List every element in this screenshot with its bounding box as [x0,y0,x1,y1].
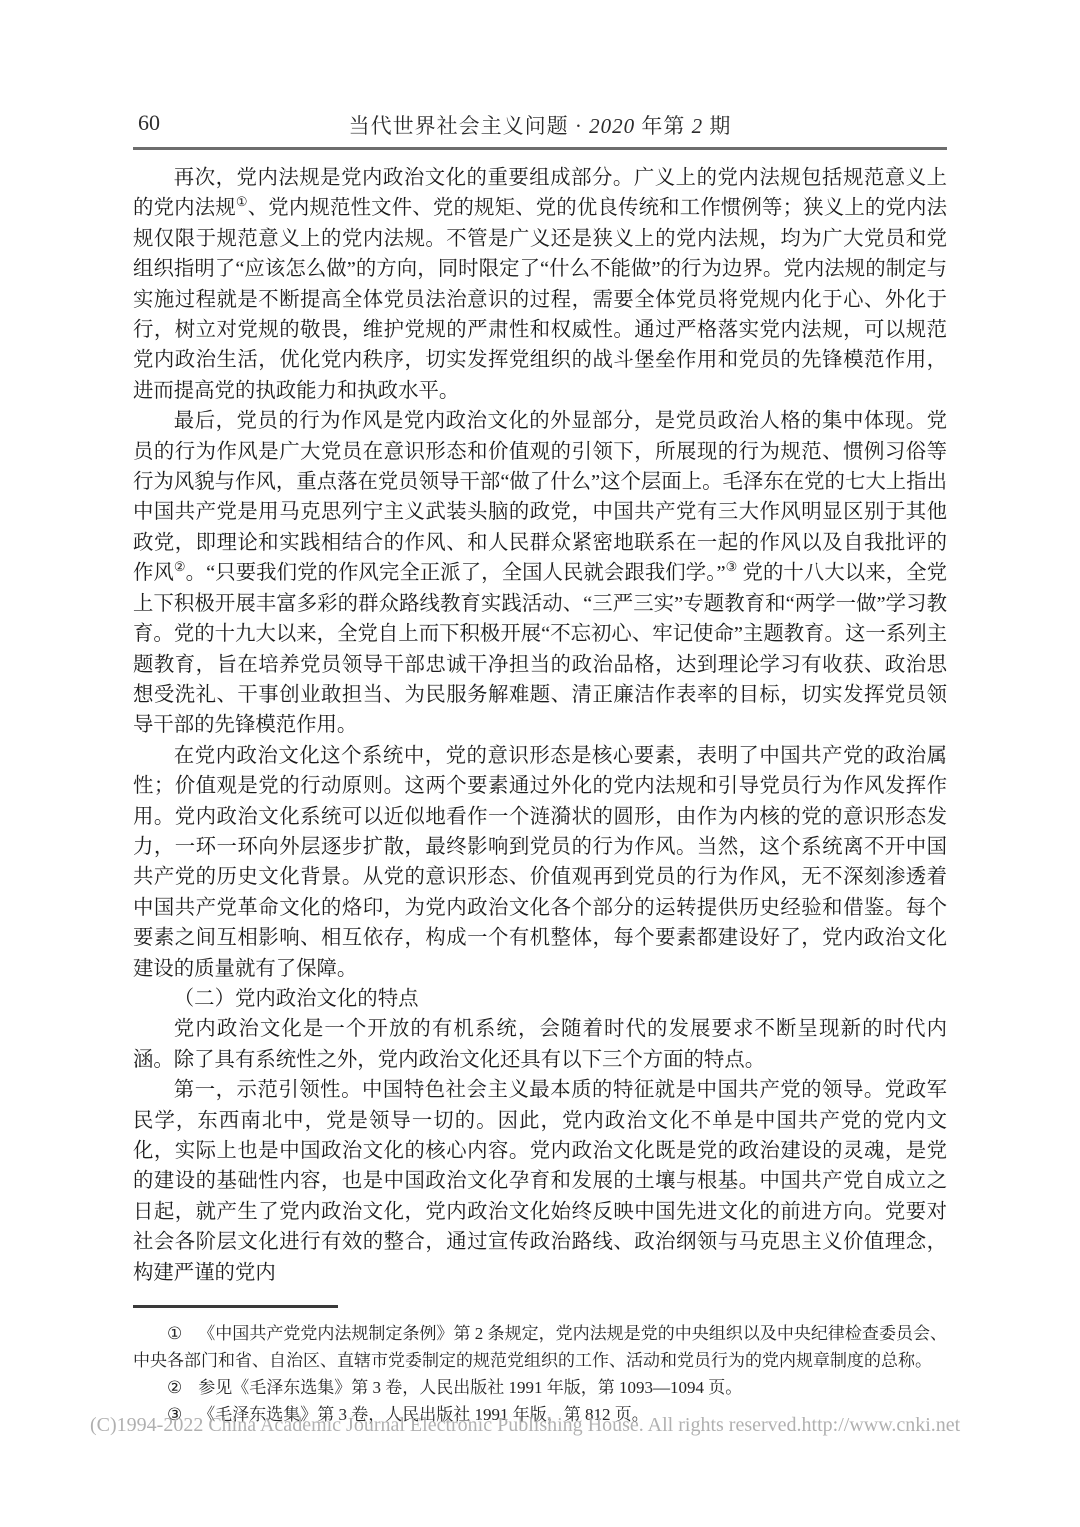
section-heading: （二）党内政治文化的特点 [133,984,947,1014]
footnote-2-text: 参见《毛泽东选集》第 3 卷，人民出版社 1991 年版，第 1093—1094… [198,1378,742,1397]
article-body: 再次，党内法规是党内政治文化的重要组成部分。广义上的党内法规包括规范意义上的党内… [133,163,947,1288]
journal-title-suffix: 期 [703,114,731,138]
page-content: 60 当代世界社会主义问题 · 2020 年第 2 期 再次，党内法规是党内政治… [133,0,947,1428]
paragraph-4: 党内政治文化是一个开放的有机系统，会随着时代的发展要求不断呈现新的时代内涵。除了… [133,1014,947,1075]
paragraph-2: 最后，党员的行为作风是党内政治文化的外显部分，是党员政治人格的集中体现。党员的行… [133,406,947,740]
journal-year: 2020 [589,114,635,138]
copyright-notice: (C)1994-2022 China Academic Journal Elec… [90,1414,802,1437]
footnote-2-marker: ② [167,1378,182,1397]
journal-issue-number: 2 [692,114,704,138]
page-footer: (C)1994-2022 China Academic Journal Elec… [90,1414,958,1437]
journal-page: 60 当代世界社会主义问题 · 2020 年第 2 期 再次，党内法规是党内政治… [0,0,1080,1527]
footnote-1-text: 《中国共产党党内法规制定条例》第 2 条规定，党内法规是党的中央组织以及中央纪律… [133,1324,947,1370]
journal-title-text: 当代世界社会主义问题 · [349,114,590,138]
page-header: 60 当代世界社会主义问题 · 2020 年第 2 期 [133,0,947,142]
cnki-url: http://www.cnki.net [802,1414,961,1437]
paragraph-1: 再次，党内法规是党内政治文化的重要组成部分。广义上的党内法规包括规范意义上的党内… [133,163,947,406]
footnote-separator [133,1305,338,1308]
journal-title-mid: 年第 [635,114,692,138]
page-number: 60 [138,110,160,136]
footnote-2: ②参见《毛泽东选集》第 3 卷，人民出版社 1991 年版，第 1093—109… [133,1374,947,1401]
footnotes: ①《中国共产党党内法规制定条例》第 2 条规定，党内法规是党的中央组织以及中央纪… [133,1320,947,1428]
footnote-1: ①《中国共产党党内法规制定条例》第 2 条规定，党内法规是党的中央组织以及中央纪… [133,1320,947,1374]
footnote-1-marker: ① [167,1324,182,1343]
paragraph-5: 第一，示范引领性。中国特色社会主义最本质的特征就是中国共产党的领导。党政军民学，… [133,1075,947,1288]
journal-title: 当代世界社会主义问题 · 2020 年第 2 期 [133,110,947,140]
paragraph-3: 在党内政治文化这个系统中，党的意识形态是核心要素，表明了中国共产党的政治属性；价… [133,741,947,984]
header-rule [133,147,947,150]
